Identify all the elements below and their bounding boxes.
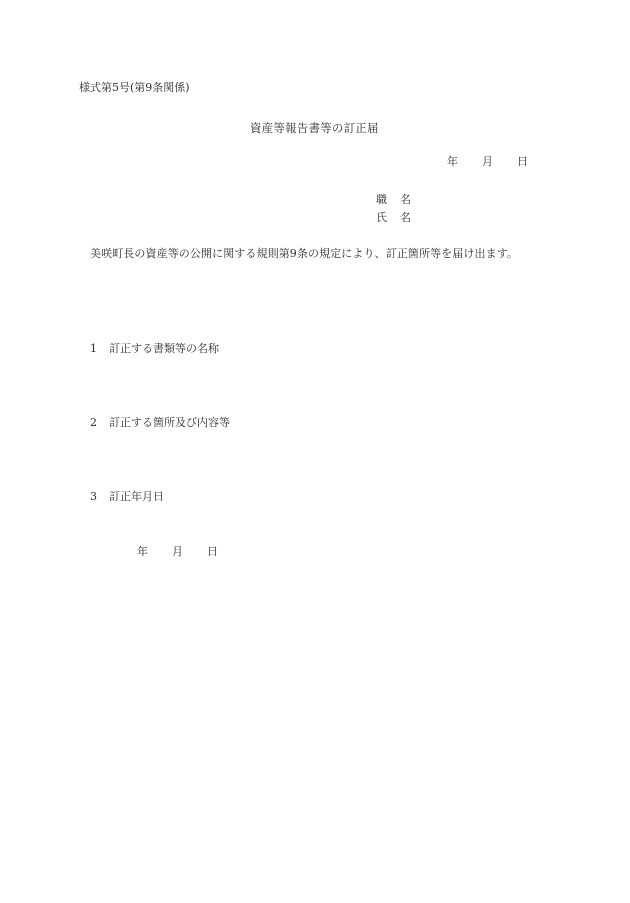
position-label-char-2: 名: [400, 193, 411, 206]
position-label-char-1: 職: [376, 193, 400, 207]
month-label: 月: [172, 545, 207, 559]
item-correction-details: 2訂正する箇所及び内容等: [90, 416, 230, 430]
item-number: 1: [90, 342, 109, 356]
item-label: 訂正する箇所及び内容等: [109, 416, 230, 429]
form-number: 様式第5号(第9条関係): [79, 81, 190, 95]
correction-date-field: 年 月 日: [137, 545, 227, 559]
year-label: 年: [137, 545, 172, 559]
month-label: 月: [482, 155, 517, 169]
item-number: 3: [90, 490, 109, 504]
applicant-position: 職名: [376, 193, 411, 207]
submission-date: 年 月 日: [447, 155, 537, 169]
item-label: 訂正する書類等の名称: [109, 342, 219, 355]
item-number: 2: [90, 416, 109, 430]
day-label: 日: [207, 545, 227, 559]
item-document-name: 1訂正する書類等の名称: [90, 342, 219, 356]
name-label-char-2: 名: [400, 211, 411, 224]
item-label: 訂正年月日: [109, 490, 164, 503]
item-correction-date: 3訂正年月日: [90, 490, 164, 504]
year-label: 年: [447, 155, 482, 169]
body-statement: 美咲町長の資産等の公開に関する規則第9条の規定により、訂正箇所等を届け出ます。: [90, 247, 518, 261]
document-title: 資産等報告書等の訂正届: [250, 121, 379, 135]
name-label-char-1: 氏: [376, 211, 400, 225]
day-label: 日: [517, 155, 537, 169]
applicant-name: 氏名: [376, 211, 411, 225]
